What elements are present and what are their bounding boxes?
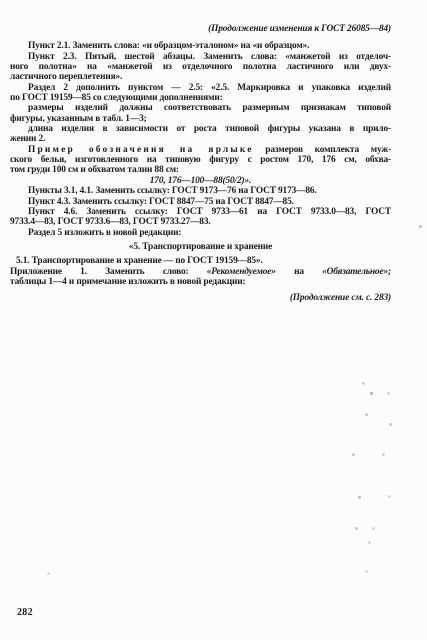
para-points-3-1-4-1: Пункты 3.1, 4.1. Заменить ссылку: ГОСТ 9… [10,186,391,196]
para-appendix-line-2: таблицы 1—4 и примечание изложить в ново… [10,277,391,287]
page-number: 282 [17,607,33,618]
para-example-line-2: ского белья, изготовленного на типовую ф… [10,155,391,165]
para-sizes-line-2: фигуры, указанным в табл. 1—3; [10,114,391,124]
para-sizes-line-1: размеры изделий должны соответствовать р… [10,103,391,113]
para-point-2-1: Пункт 2.1. Заменить слова: «и образцом-э… [10,41,391,51]
para-appendix-line-1: Приложение 1. Заменить слово: «Рекоменду… [10,267,391,277]
size-designation: 170, 176—100—88(50/2)». [10,176,391,186]
para-section-2-line-1: Раздел 2 дополнить пунктом — 2.5: «2.5. … [10,83,391,93]
appendix-word-recommended: «Рекомендуемое» [207,267,276,277]
document-page: (Продолжение изменения к ГОСТ 26085—84) … [0,0,427,640]
para-example-line-1: Пример обозначения на ярлыке размеров ко… [10,145,391,155]
para-length-line-2: жении 2. [10,134,391,144]
para-section-2-line-2: по ГОСТ 19159—85 со следующими дополнени… [10,93,391,103]
para-length-line-1: длина изделия в зависимости от роста тип… [10,124,391,134]
scan-noise [0,0,1,1]
appendix-mid-text: на [276,267,322,277]
example-rest-text: размеров комплекта муж- [265,145,391,155]
para-point-2-3-line-1: Пункт 2.3. Пятый, шестой абзацы. Заменит… [10,52,391,62]
para-point-2-3-line-2: ного полотна» на «манжетой из отделочног… [10,62,391,72]
para-point-5-1: 5.1. Транспортирование и хранение — по Г… [10,256,391,266]
para-point-4-6-line-1: Пункт 4.6. Заменить ссылку: ГОСТ 9733—61… [10,207,391,217]
document-text-block: (Продолжение изменения к ГОСТ 26085—84) … [10,24,391,304]
para-razdel-5: Раздел 5 изложить в новой редакции: [10,228,391,238]
section-5-heading: «5. Транспортирование и хранение [10,242,391,252]
continuation-reference: (Продолжение см. с. 283) [10,293,391,303]
continuation-note: (Продолжение изменения к ГОСТ 26085—84) [10,24,391,34]
para-point-4-3: Пункт 4.3. Заменить ссылку: ГОСТ 8847—75… [10,197,391,207]
example-spaced-text: Пример обозначения на ярлыке [28,145,254,155]
para-example-line-3: том груди 100 см и обхватом талии 88 см: [10,165,391,175]
para-point-2-3-line-3: ластичного переплетения». [10,72,391,82]
appendix-word-mandatory: «Обязательное»; [322,267,391,277]
para-point-4-6-line-2: 9733.4—83, ГОСТ 9733.6—83, ГОСТ 9733.27—… [10,217,391,227]
appendix-prefix-text: Приложение 1. Заменить слово: [10,267,207,277]
